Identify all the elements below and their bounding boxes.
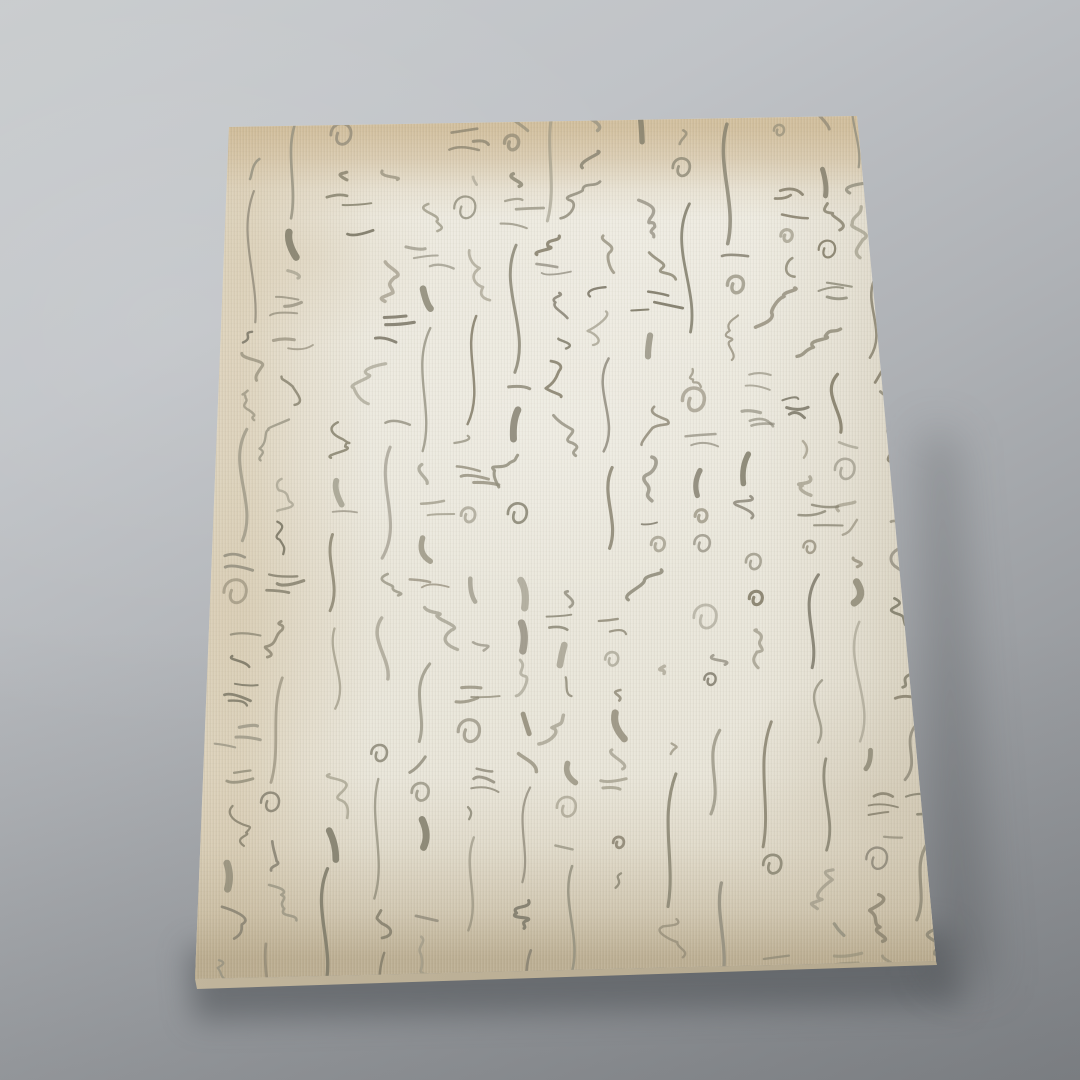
photo-canvas	[0, 0, 1080, 1080]
calligraphy-ink-layer	[0, 0, 1080, 1080]
ink-strokes-group	[215, 92, 953, 1071]
